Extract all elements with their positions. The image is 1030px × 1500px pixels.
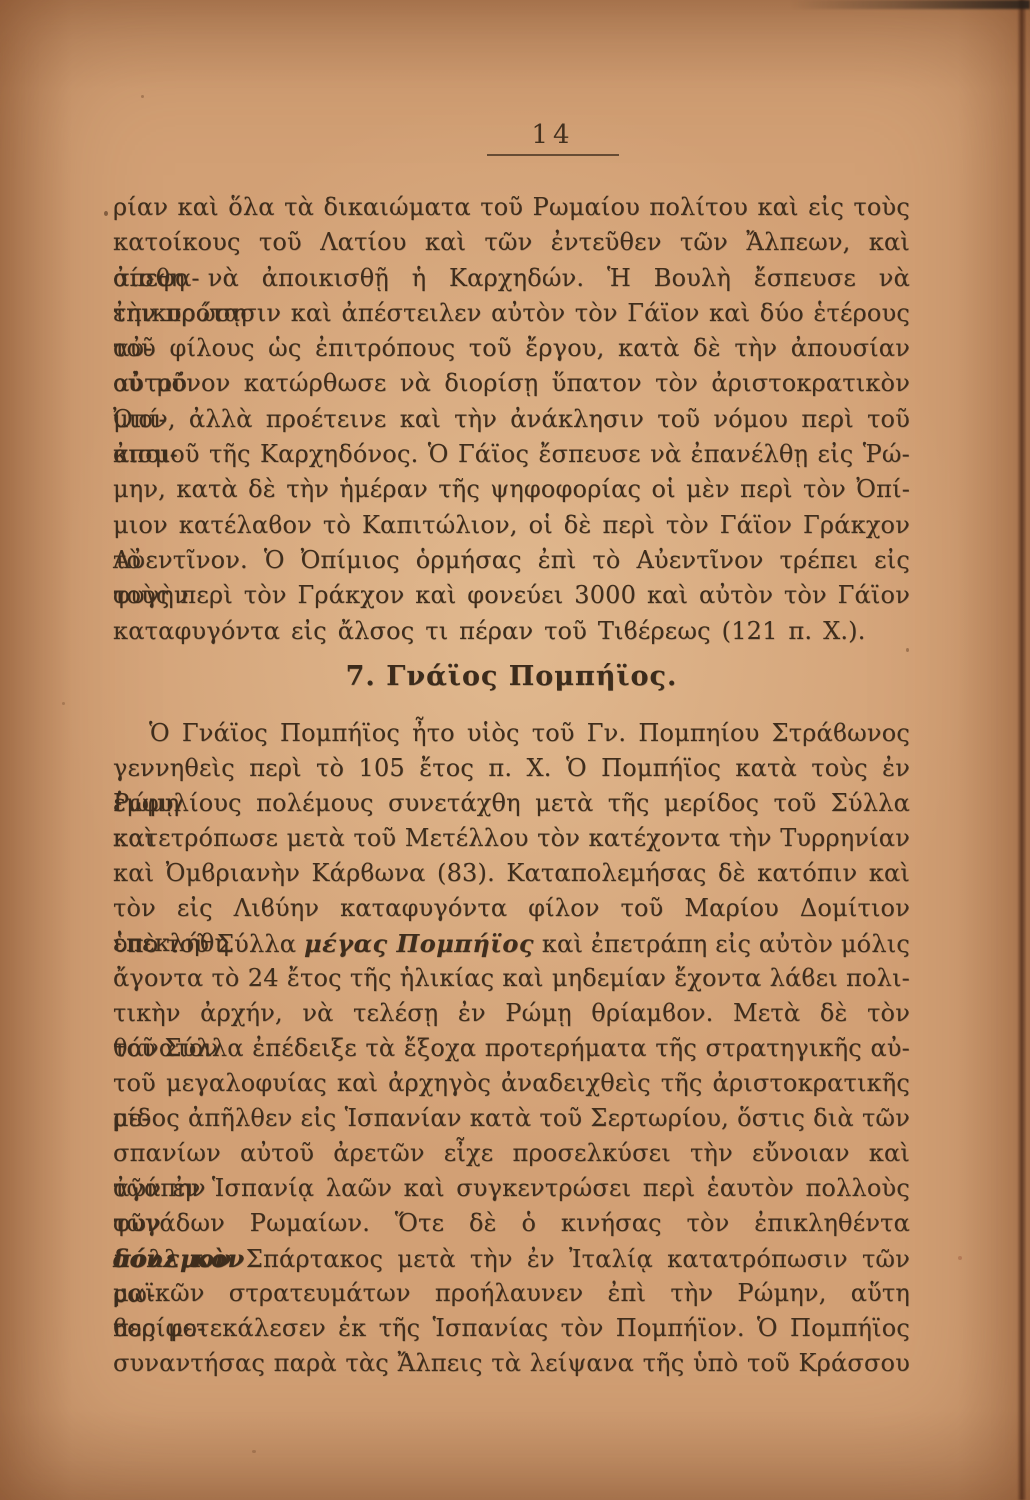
page-number: 14 [487,120,619,156]
paragraph-gracchus: ρίαν καὶ ὅλα τὰ δικαιώματα τοῦ Ρωμαίου π… [113,190,910,649]
text-line: ἄγοντα τὸ 24 ἔτος τῆς ἡλικίας καὶ μηδεμί… [113,961,910,996]
text-line: μιον κατέλαϐον τὸ Καπιτώλιον, οἱ δὲ περὶ… [113,508,910,543]
text-line: καὶ Ὀμϐριανὴν Κάρϐωνα (83). Καταπολεμήσα… [113,856,910,891]
text-line: Αὐεντῖνον. Ὁ Ὀπίμιος ὁρμήσας ἐπὶ τὸ Αὐεν… [113,543,910,578]
text-segment: καὶ ἐπετράπη εἰς αὐτὸν μόλις [534,930,910,958]
text-segment: φυγάδων Ρωμαίων. Ὅτε δὲ ὁ κινήσας τὸν ἐπ… [113,1209,910,1237]
text-line: τοῦ φίλους ὡς ἐπιτρόπους τοῦ ἔργου, κατὰ… [113,331,910,366]
text-line: συναντήσας παρὰ τὰς Ἄλπεις τὰ λείψανα τῆ… [113,1346,910,1381]
text-line: μην, κατὰ δὲ τὴν ἡμέραν τῆς ψηφοφορίας ο… [113,472,910,507]
emphasized-term: πόλεμον [113,1244,232,1273]
section-heading: 7. Γνάϊος Πομπήϊος. [113,659,910,695]
text-line: οὐ μόνον κατώρθωσε νὰ διορίσῃ ὕπατον τὸν… [113,366,910,401]
text-line: ϐος μετεκάλεσεν ἐκ τῆς Ἱσπανίας τὸν Πομπ… [113,1311,910,1346]
paper-speck [104,211,108,216]
scan-edge-smudge [790,0,1030,9]
text-line: καταφυγόντα εἰς ἄλσος τι πέραν τοῦ Τιϐέρ… [113,614,910,649]
text-line: γεννηθεὶς περὶ τὸ 105 ἔτος π. Χ. Ὁ Πομπή… [113,751,910,786]
text-line: ἐμφυλίους πολέμους συνετάχθη μετὰ τῆς με… [113,786,910,821]
paper-speck [958,1256,962,1260]
paper-speck [141,95,144,98]
paragraph-pompeius: Ὁ Γνάϊος Πομπήϊος ἦτο υἱὸς τοῦ Γν. Πομπη… [113,716,910,1381]
paper-speck [252,1450,256,1453]
text-line: σίσθη νὰ ἀποικισθῇ ἡ Καρχηδών. Ἡ Βουλὴ ἔ… [113,261,910,296]
text-line: τῶν ἐν Ἱσπανίᾳ λαῶν καὶ συγκεντρώσει περ… [113,1171,910,1206]
text-line: ρίδος ἀπῆλθεν εἰς Ἱσπανίαν κατὰ τοῦ Σερτ… [113,1101,910,1136]
page-gutter-shadow [1017,0,1026,1500]
text-line: κισμοῦ τῆς Καρχηδόνος. Ὁ Γάϊος ἔσπευσε ν… [113,437,910,472]
page-number-text: 14 [531,120,574,150]
text-line: μιον, ἀλλὰ προέτεινε καὶ τὴν ἀνάκλησιν τ… [113,402,910,437]
paper-speck [62,702,65,705]
scanned-book-page: 14 ρίαν καὶ ὅλα τὰ δικαιώματα τοῦ Ρωμαίο… [0,0,1030,1500]
text-line: τὸν εἰς Λιϐύην καταφυγόντα φίλον τοῦ Μαρ… [113,891,910,926]
emphasized-term: μέγας Πομπήϊος [304,929,534,958]
text-line: πόλεμον Σπάρτακος μετὰ τὴν ἐν Ἰταλίᾳ κατ… [113,1241,910,1276]
text-line: ὑπὸ τοῦ Σύλλα μέγας Πομπήϊος καὶ ἐπετράπ… [113,926,910,961]
text-line: κατοίκους τοῦ Λατίου καὶ τῶν ἐντεῦθεν τῶ… [113,225,910,260]
text-line: τοῦ μεγαλοφυίας καὶ ἀρχηγὸς ἀναδειχθεὶς … [113,1066,910,1101]
text-line: ρίαν καὶ ὅλα τὰ δικαιώματα τοῦ Ρωμαίου π… [113,190,910,225]
text-column: ρίαν καὶ ὅλα τὰ δικαιώματα τοῦ Ρωμαίου π… [113,190,910,1381]
text-segment: ὑπὸ τοῦ Σύλλα [113,930,304,958]
text-line: μαϊκῶν στρατευμάτων προήλαυνεν ἐπὶ τὴν Ρ… [113,1276,910,1311]
text-line: φυγάδων Ρωμαίων. Ὅτε δὲ ὁ κινήσας τὸν ἐπ… [113,1206,910,1241]
text-line: τοῦ Σύλλα ἐπέδειξε τὰ ἔξοχα προτερήματα … [113,1031,910,1066]
text-line: τὴν πρότασιν καὶ ἀπέστειλεν αὐτὸν τὸν Γά… [113,296,910,331]
text-line: κατετρόπωσε μετὰ τοῦ Μετέλλου τὸν κατέχο… [113,821,910,856]
text-line: τικὴν ἀρχήν, νὰ τελέσῃ ἐν Ρώμῃ θρίαμϐον.… [113,996,910,1031]
text-line: τοὺς περὶ τὸν Γράκχον καὶ φονεύει 3000 κ… [113,578,910,613]
text-line: σπανίων αὐτοῦ ἀρετῶν εἶχε προσελκύσει τὴ… [113,1136,910,1171]
text-line: Ὁ Γνάϊος Πομπήϊος ἦτο υἱὸς τοῦ Γν. Πομπη… [113,716,910,751]
